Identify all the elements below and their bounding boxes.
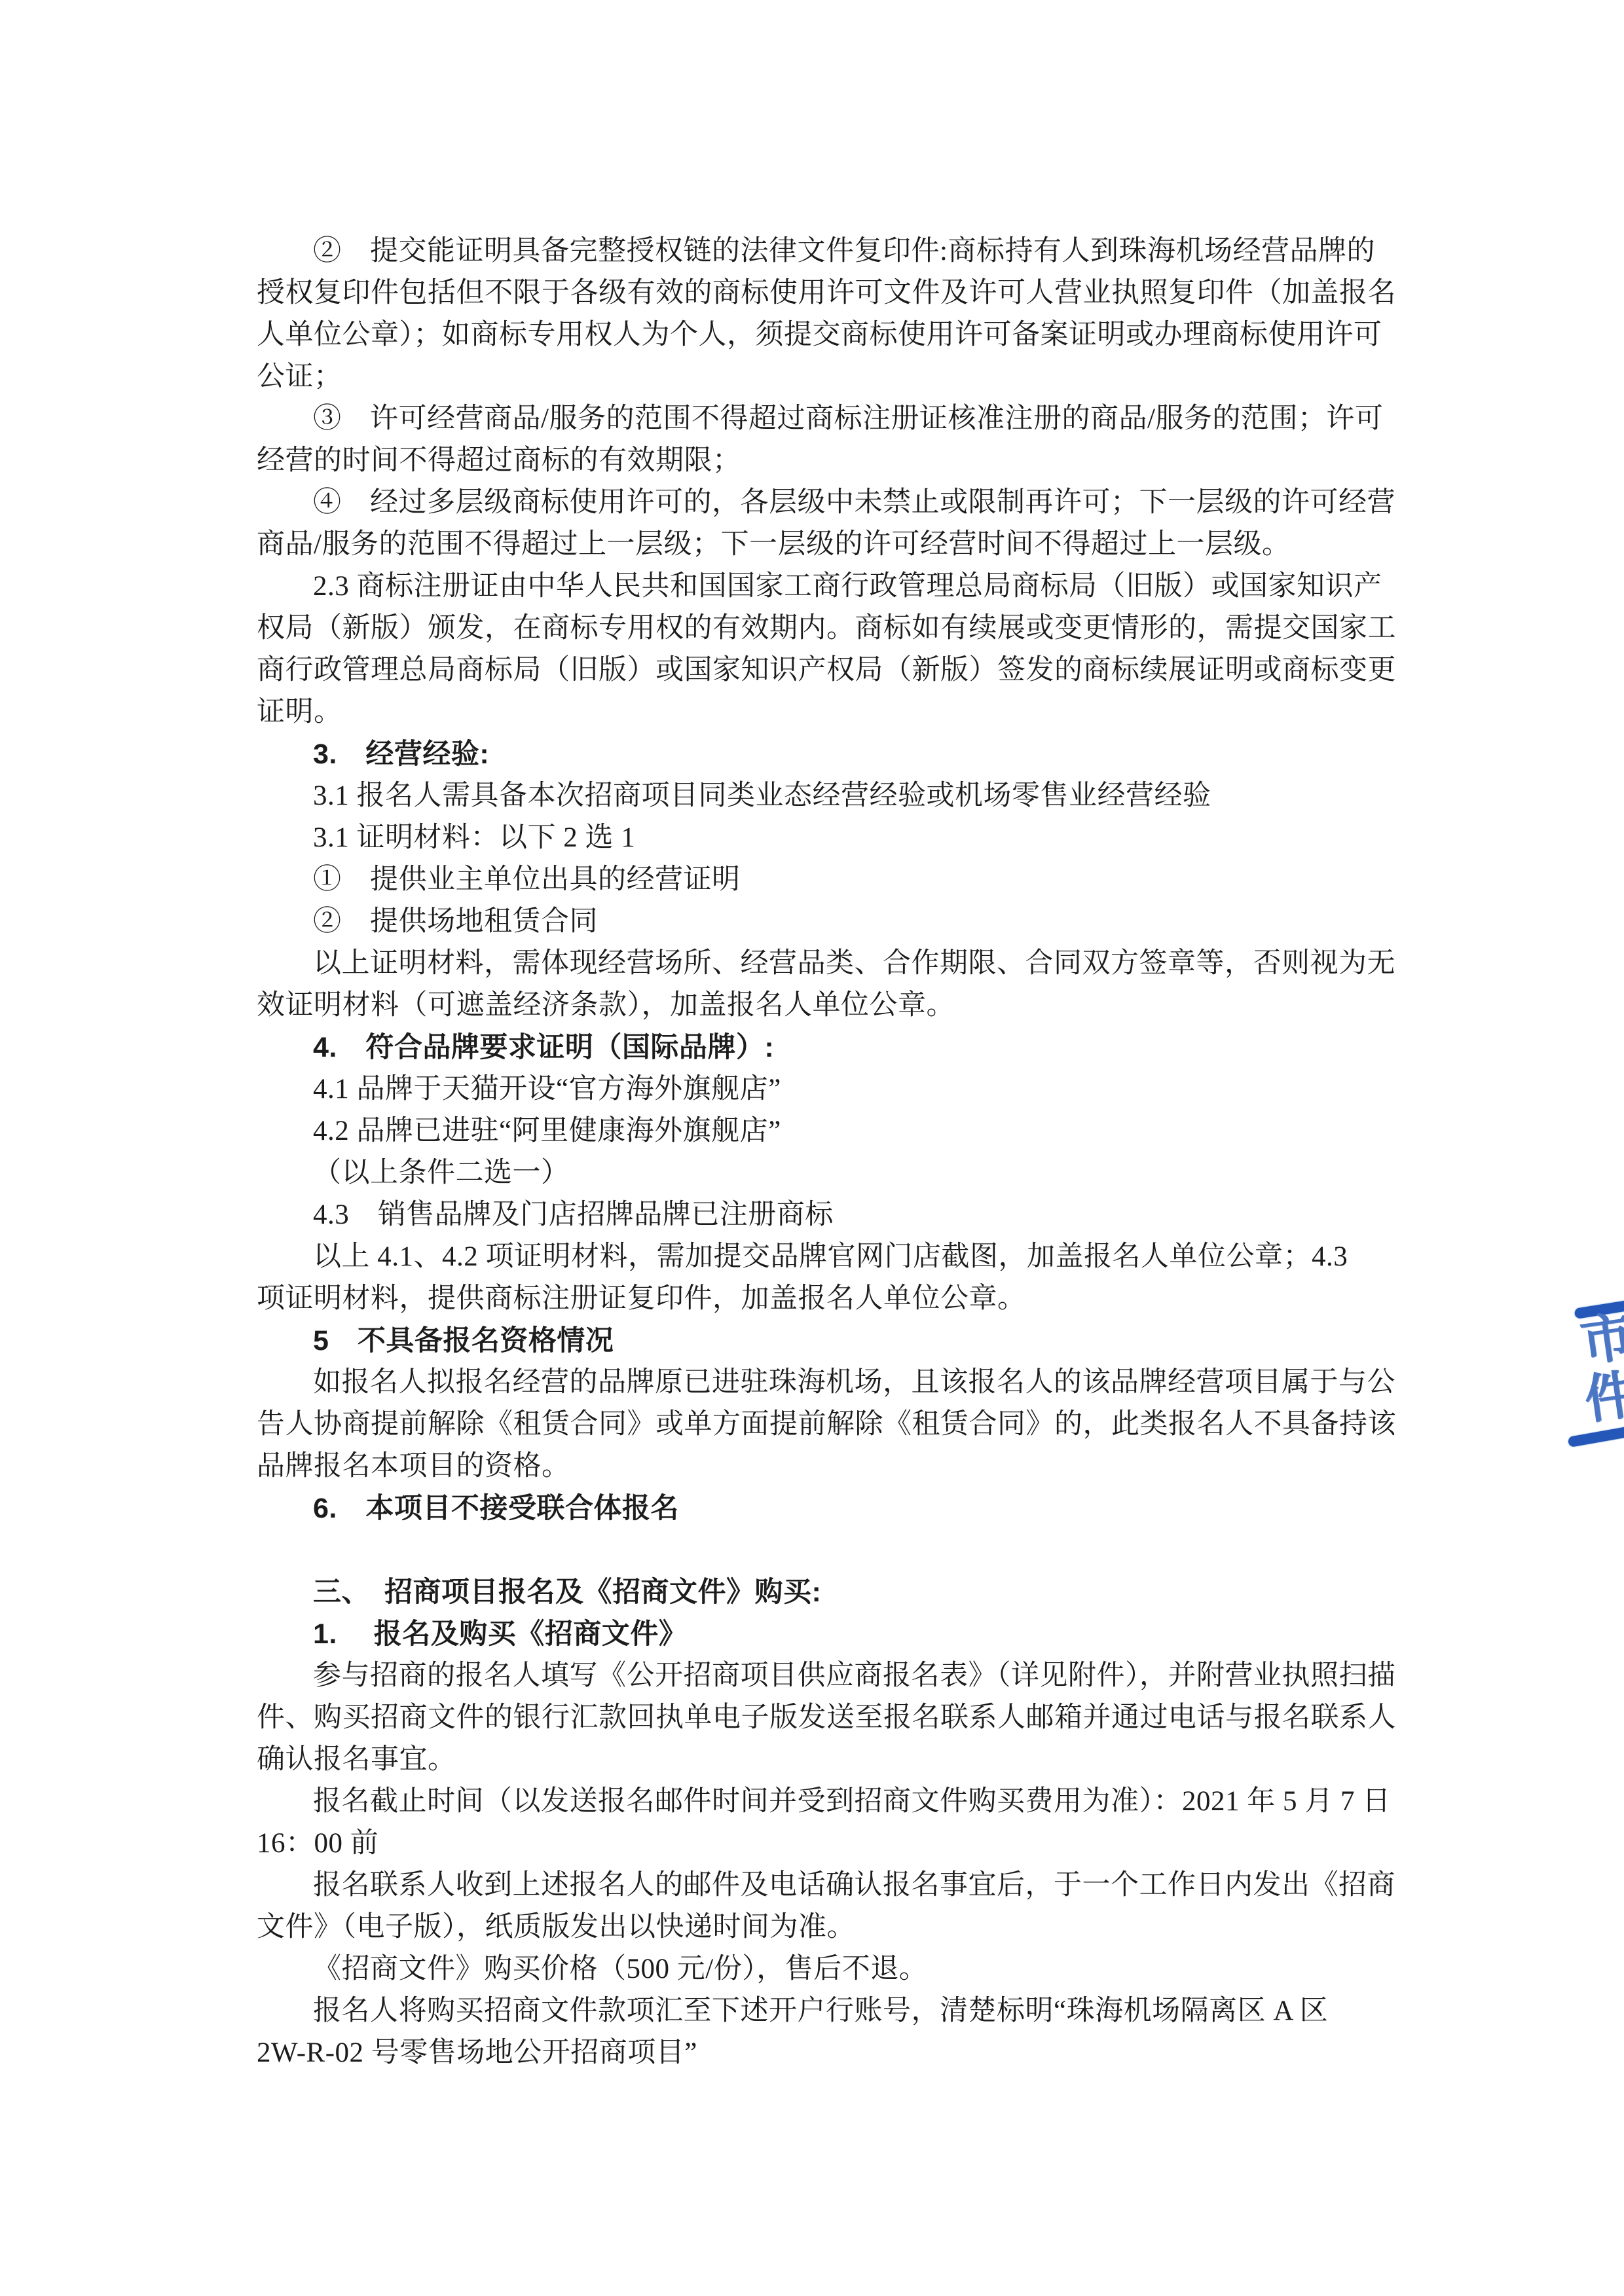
text-line: 《招商文件》购买价格（500 元/份），售后不退。 [257, 1948, 1393, 1990]
stamp-character: 件 [1581, 1368, 1624, 1427]
text-line: 证明。 [257, 691, 1393, 733]
text-line: 人单位公章）；如商标专用权人为个人，须提交商标使用许可备案证明或办理商标使用许可 [257, 314, 1393, 356]
text-line: 3.1 报名人需具备本次招商项目同类业态经营经验或机场零售业经营经验 [257, 775, 1393, 817]
text-line: ② 提供场地租赁合同 [257, 901, 1393, 943]
text-line: 经营的时间不得超过商标的有效期限； [257, 440, 1393, 482]
text-line: 商品/服务的范围不得超过上一层级；下一层级的许可经营时间不得超过上一层级。 [257, 524, 1393, 566]
text-line: 文件》（电子版），纸质版发出以快递时间为准。 [257, 1906, 1393, 1948]
text-line: ④ 经过多层级商标使用许可的，各层级中未禁止或限制再许可；下一层级的许可经营 [257, 482, 1393, 524]
blue-stamp-fragment: 市 件 [1568, 1283, 1624, 1447]
text-line: ③ 许可经营商品/服务的范围不得超过商标注册证核准注册的商品/服务的范围；许可 [257, 398, 1393, 440]
text-line: 16：00 前 [257, 1823, 1393, 1865]
text-line: 项证明材料，提供商标注册证复印件，加盖报名人单位公章。 [257, 1278, 1393, 1320]
text-line: 三、 招商项目报名及《招商文件》购买: [257, 1571, 1393, 1613]
text-line: 品牌报名本项目的资格。 [257, 1446, 1393, 1487]
text-line: 4. 符合品牌要求证明（国际品牌）: [257, 1027, 1393, 1068]
text-line: 以上 4.1、4.2 项证明材料，需加提交品牌官网门店截图，加盖报名人单位公章；… [257, 1236, 1393, 1278]
text-line: 授权复印件包括但不限于各级有效的商标使用许可文件及许可人营业执照复印件（加盖报名 [257, 272, 1393, 314]
text-line: 4.2 品牌已进驻“阿里健康海外旗舰店” [257, 1110, 1393, 1152]
stamp-top-bar [1574, 1294, 1624, 1319]
text-line: 报名截止时间（以发送报名邮件时间并受到招商文件购买费用为准）：2021 年 5 … [257, 1781, 1393, 1823]
text-line: 权局（新版）颁发，在商标专用权的有效期内。商标如有续展或变更情形的，需提交国家工 [257, 608, 1393, 649]
text-line: ① 提供业主单位出具的经营证明 [257, 859, 1393, 901]
text-line: 效证明材料（可遮盖经济条款），加盖报名人单位公章。 [257, 985, 1393, 1027]
stamp-character: 市 [1578, 1310, 1624, 1369]
text-line: 4.3 销售品牌及门店招牌品牌已注册商标 [257, 1194, 1393, 1236]
text-block: ② 提交能证明具备完整授权链的法律文件复印件:商标持有人到珠海机场经营品牌的授权… [257, 230, 1393, 2074]
text-line: ② 提交能证明具备完整授权链的法律文件复印件:商标持有人到珠海机场经营品牌的 [257, 230, 1393, 272]
text-line: 报名人将购买招商文件款项汇至下述开户行账号，清楚标明“珠海机场隔离区 A 区 [257, 1990, 1393, 2032]
text-line: 报名联系人收到上述报名人的邮件及电话确认报名事宜后，于一个工作日内发出《招商 [257, 1865, 1393, 1906]
text-line: 5 不具备报名资格情况 [257, 1320, 1393, 1362]
text-line: 2.3 商标注册证由中华人民共和国国家工商行政管理总局商标局（旧版）或国家知识产 [257, 566, 1393, 608]
document-page: ② 提交能证明具备完整授权链的法律文件复印件:商标持有人到珠海机场经营品牌的授权… [0, 0, 1624, 2296]
text-line: 2W-R-02 号零售场地公开招商项目” [257, 2032, 1393, 2074]
text-line: 确认报名事宜。 [257, 1739, 1393, 1781]
text-line: 3.1 证明材料：以下 2 选 1 [257, 817, 1393, 859]
text-line: 参与招商的报名人填写《公开招商项目供应商报名表》（详见附件），并附营业执照扫描 [257, 1655, 1393, 1697]
text-line: 6. 本项目不接受联合体报名 [257, 1487, 1393, 1529]
text-line: 商行政管理总局商标局（旧版）或国家知识产权局（新版）签发的商标续展证明或商标变更 [257, 649, 1393, 691]
blank-line [257, 1529, 1393, 1571]
text-line: 告人协商提前解除《租赁合同》或单方面提前解除《租赁合同》的，此类报名人不具备持该 [257, 1404, 1393, 1446]
stamp-bottom-bar [1568, 1420, 1624, 1448]
text-line: 件、购买招商文件的银行汇款回执单电子版发送至报名联系人邮箱并通过电话与报名联系人 [257, 1697, 1393, 1739]
text-line: （以上条件二选一） [257, 1152, 1393, 1194]
text-line: 如报名人拟报名经营的品牌原已进驻珠海机场，且该报名人的该品牌经营项目属于与公 [257, 1362, 1393, 1404]
text-line: 以上证明材料，需体现经营场所、经营品类、合作期限、合同双方签章等，否则视为无 [257, 943, 1393, 985]
text-line: 1. 报名及购买《招商文件》 [257, 1613, 1393, 1655]
text-line: 4.1 品牌于天猫开设“官方海外旗舰店” [257, 1068, 1393, 1110]
text-line: 公证； [257, 356, 1393, 398]
text-line: 3. 经营经验: [257, 733, 1393, 775]
